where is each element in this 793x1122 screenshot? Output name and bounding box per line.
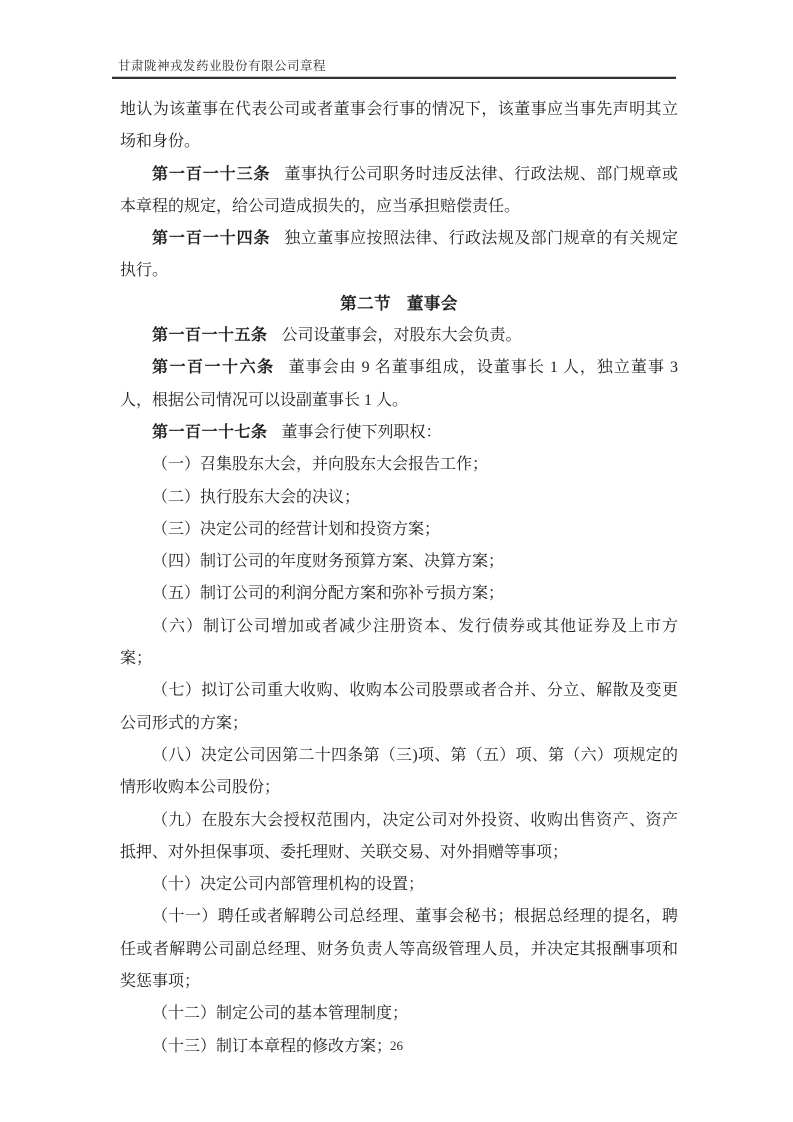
document-page: 甘肃陇神戎发药业股份有限公司章程 地认为该董事在代表公司或者董事会行事的情况下，… (0, 0, 793, 1122)
running-header-title: 甘肃陇神戎发药业股份有限公司章程 (118, 56, 326, 74)
duty-item-4: （四）制订公司的年度财务预算方案、决算方案； (120, 546, 678, 578)
article-113: 第一百一十三条董事执行公司职务时违反法律、行政法规、部门规章或本章程的规定，给公… (120, 159, 678, 224)
page-number: 26 (390, 1038, 403, 1053)
article-115-label: 第一百一十五条 (152, 327, 268, 344)
duty-item-8: （八）决定公司因第二十四条第（三)项、第（五）项、第（六）项规定的情形收购本公司… (120, 740, 678, 805)
page-footer: 26 (0, 1038, 793, 1054)
article-113-label: 第一百一十三条 (152, 166, 270, 183)
article-117: 第一百一十七条董事会行使下列职权： (120, 417, 678, 449)
duty-item-7: （七）拟订公司重大收购、收购本公司股票或者合并、分立、解散及变更公司形式的方案； (120, 675, 678, 740)
section-heading: 第二节董事会 (120, 288, 678, 320)
article-117-label: 第一百一十七条 (152, 424, 268, 441)
article-115-text: 公司设董事会，对股东大会负责。 (282, 327, 522, 344)
duty-item-10: （十）决定公司内部管理机构的设置； (120, 869, 678, 901)
article-116: 第一百一十六条董事会由 9 名董事组成，设董事长 1 人，独立董事 3 人，根据… (120, 352, 678, 417)
duty-item-11: （十一）聘任或者解聘公司总经理、董事会秘书；根据总经理的提名，聘任或者解聘公司副… (120, 901, 678, 998)
paragraph-continuation: 地认为该董事在代表公司或者董事会行事的情况下，该董事应当事先声明其立场和身份。 (120, 94, 678, 159)
article-116-label: 第一百一十六条 (152, 359, 275, 376)
duty-item-12: （十二）制定公司的基本管理制度； (120, 998, 678, 1030)
article-114-label: 第一百一十四条 (152, 230, 270, 247)
duty-item-1: （一）召集股东大会，并向股东大会报告工作； (120, 449, 678, 481)
article-115: 第一百一十五条公司设董事会，对股东大会负责。 (120, 320, 678, 352)
article-117-text: 董事会行使下列职权： (282, 424, 442, 441)
duty-item-6: （六）制订公司增加或者减少注册资本、发行债券或其他证券及上市方案； (120, 611, 678, 676)
section-title: 董事会 (407, 294, 458, 313)
duty-item-3: （三）决定公司的经营计划和投资方案； (120, 514, 678, 546)
duty-item-2: （二）执行股东大会的决议； (120, 482, 678, 514)
section-number: 第二节 (340, 294, 391, 313)
document-body: 地认为该董事在代表公司或者董事会行事的情况下，该董事应当事先声明其立场和身份。 … (120, 94, 678, 1063)
duty-item-9: （九）在股东大会授权范围内，决定公司对外投资、收购出售资产、资产抵押、对外担保事… (120, 805, 678, 870)
article-114: 第一百一十四条独立董事应按照法律、行政法规及部门规章的有关规定执行。 (120, 223, 678, 288)
duty-item-5: （五）制订公司的利润分配方案和弥补亏损方案； (120, 578, 678, 610)
header-rule (112, 76, 676, 79)
